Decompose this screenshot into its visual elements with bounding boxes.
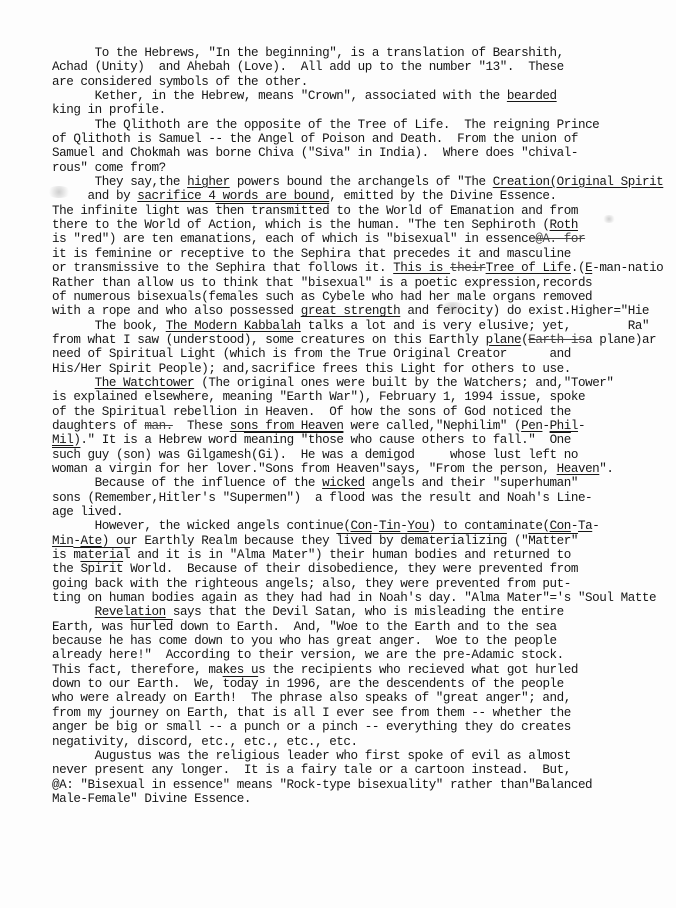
text-line: sons (Remember,Hitler's "Supermen") a fl… — [52, 491, 676, 505]
text-run: and it is in "Alma Mater") their human b… — [130, 548, 571, 562]
text-run: .( — [571, 261, 585, 275]
text-run: Rather than allow us to think that "bise… — [52, 276, 592, 290]
text-run: with a rope and who also possessed — [52, 304, 301, 318]
text-run: negativity, discord, etc., etc., etc., e… — [52, 735, 358, 749]
scribbled-text: Earth is — [528, 333, 585, 347]
underlined-text: Phil — [550, 419, 578, 433]
paragraph-first-line: Revelation says that the Devil Satan, wh… — [52, 605, 676, 619]
paragraph-first-line: Kether, in the Hebrew, means "Crown", as… — [52, 89, 676, 103]
text-run: in 1996, are the descendents of the peop… — [258, 677, 564, 691]
underlined-text: Min — [52, 534, 73, 548]
text-line: already here!" According to their versio… — [52, 648, 676, 662]
overlined-text: material — [73, 548, 130, 562]
text-run: because he has come down to you who has … — [52, 634, 557, 648]
text-line: Min-Ate) our Earthly Realm because they … — [52, 534, 676, 548]
scan-smudge — [602, 215, 616, 223]
text-run: is explained elsewhere, meaning "Earth W… — [52, 390, 585, 404]
text-run: @A: "Bisexual in essence" means "Rock-ty… — [52, 778, 592, 792]
text-line: Rather than allow us to think that "bise… — [52, 276, 676, 290]
text-run: guy (son) was Gilgamesh(Gi). He was a de… — [80, 448, 578, 462]
text-run: World. Because of their disobedience, th… — [123, 562, 578, 576]
paragraph-first-line: The Qlithoth are the opposite of the Tre… — [52, 118, 676, 132]
text-run: of the Spiritual rebellion in Heaven. Of… — [52, 405, 571, 419]
text-run: - — [592, 519, 599, 533]
underlined-text: The Modern Kabbalah — [166, 319, 301, 333]
text-line: anger be big or small -- a punch or a pi… — [52, 720, 676, 734]
text-line: rous" come from? — [52, 161, 676, 175]
text-run: king in profile. — [52, 103, 166, 117]
text-run: a plane)ar — [585, 333, 656, 347]
text-line: is material and it is in "Alma Mater") t… — [52, 548, 676, 562]
text-line: or transmissive to the Sephira that foll… — [52, 261, 676, 275]
underlined-text: plane — [486, 333, 522, 347]
paragraph-first-line: They say,the higher powers bound the arc… — [52, 175, 676, 189]
text-run: Samuel and Chokmah was borne Chiva ("Siv… — [52, 146, 578, 160]
text-line: from my journey on Earth, that is all I … — [52, 706, 676, 720]
underlined-text: Ta — [578, 519, 592, 533]
text-line: Male-Female" Divine Essence. — [52, 792, 676, 806]
text-line: are considered symbols of the other. — [52, 75, 676, 89]
text-run: who were already on Earth! The phrase al… — [52, 691, 571, 705]
underlined-text: Mil — [52, 433, 73, 447]
text-line: His/Her Spirit People); and,sacrifice fr… — [52, 362, 676, 376]
text-run: woman a virgin for her lover."Sons from … — [52, 462, 557, 476]
text-run: sons (Remember,Hitler's "Supermen") a fl… — [52, 491, 592, 505]
scan-smudge — [438, 302, 468, 314]
text-line: Achad (Unity) and Ahebah (Love). All add… — [52, 60, 676, 74]
text-run: age lived. — [52, 505, 123, 519]
paragraph-first-line: Augustus was the religious leader who fi… — [52, 749, 676, 763]
text-line: Earth, was hurled down to Earth. And, "W… — [52, 620, 676, 634]
text-line: age lived. — [52, 505, 676, 519]
text-line: ting on human bodies again as they had h… — [52, 591, 676, 605]
paragraph-first-line: Because of the influence of the wicked a… — [52, 476, 676, 490]
scribbled-text: man. — [144, 419, 172, 433]
text-run: Male-Female" Divine Essence. — [52, 792, 251, 806]
underlined-text: Heaven — [557, 462, 600, 476]
text-run: The Qlithoth are the opposite of the Tre… — [95, 118, 600, 132]
text-line: of Qlithoth is Samuel -- the Angel of Po… — [52, 132, 676, 146]
text-run: were called,"Nephilim" ( — [343, 419, 521, 433]
text-run: or transmissive to the Sephira that foll… — [52, 261, 393, 275]
underlined-text: sacrifice 4 words are bound — [137, 189, 329, 203]
text-run: to the World of Emanation and from — [329, 204, 578, 218]
overlined-text: such — [52, 448, 80, 462]
text-run: )." It is a Hebrew word — [73, 433, 244, 447]
text-run: from what I saw (understood), some creat… — [52, 333, 486, 347]
text-run: talks a lot and is very elusive; yet, Ra… — [301, 319, 649, 333]
text-run: - — [542, 419, 549, 433]
text-line: the Spirit World. Because of their disob… — [52, 562, 676, 576]
text-run: who cause others to fall." — [343, 433, 549, 447]
underlined-text: bearded — [507, 89, 557, 103]
text-run: (" — [507, 534, 528, 548]
text-line: Samuel and Chokmah was borne Chiva ("Siv… — [52, 146, 676, 160]
text-run: the — [52, 562, 80, 576]
text-run: - — [372, 519, 379, 533]
overlined-text: meaning "those — [244, 433, 344, 447]
text-run: Earth, was — [52, 620, 130, 634]
scanned-page: To the Hebrews, "In the beginning", is a… — [0, 0, 676, 908]
underlined-text: The Watchtower — [95, 376, 195, 390]
underlined-text: great strength — [301, 304, 401, 318]
overlined-text: lived by dematerializing — [336, 534, 507, 548]
text-run: (The original ones were built by the Wat… — [194, 376, 613, 390]
text-run: there to the World of Action, which is t… — [52, 218, 550, 232]
text-line: going back with the righteous angels; al… — [52, 577, 676, 591]
document-body: To the Hebrews, "In the beginning", is a… — [52, 46, 676, 806]
text-run: is — [52, 548, 73, 562]
text-run: ". — [599, 462, 613, 476]
scan-smudge — [46, 186, 72, 198]
text-run: However, the wicked angels continue( — [95, 519, 351, 533]
overlined-text: Matter" — [528, 534, 578, 548]
text-run: - — [571, 519, 578, 533]
text-run: says that the Devil Satan, who is mislea… — [166, 605, 564, 619]
text-line: down to our Earth. We, today in 1996, ar… — [52, 677, 676, 691]
text-run: never present any longer. It is a fairy … — [52, 763, 571, 777]
paragraph-indent — [52, 89, 95, 103]
text-run: The infinite light was — [52, 204, 215, 218]
underlined-text: You — [407, 519, 428, 533]
text-line: because he has come down to you who has … — [52, 634, 676, 648]
paragraph-indent — [52, 605, 95, 619]
paragraph-indent — [52, 376, 95, 390]
underlined-text: Ate — [80, 534, 101, 548]
overlined-text: hurled — [130, 620, 173, 634]
scribbled-text: their — [450, 261, 486, 275]
text-run: - — [578, 419, 585, 433]
text-line: never present any longer. It is a fairy … — [52, 763, 676, 777]
text-line: daughters of man. These sons from Heaven… — [52, 419, 676, 433]
overlined-text: then transmitted — [215, 204, 329, 218]
text-run: They say,the — [95, 175, 187, 189]
underlined-text: higher — [187, 175, 230, 189]
text-run: Achad (Unity) and Ahebah (Love). All add… — [52, 60, 564, 74]
overlined-text: One — [550, 433, 571, 447]
overlined-text: Spirit — [80, 562, 123, 576]
text-line: is explained elsewhere, meaning "Earth W… — [52, 390, 676, 404]
text-run: Because of the influence of the — [95, 476, 322, 490]
underlined-text: Tree of Life — [486, 261, 571, 275]
text-line: is "red") are ten emanations, each of wh… — [52, 232, 676, 246]
text-line: it is feminine or receptive to the Sephi… — [52, 247, 676, 261]
text-line: The infinite light was then transmitted … — [52, 204, 676, 218]
text-line: need of Spiritual Light (which is from t… — [52, 347, 676, 361]
text-run: The book, — [95, 319, 166, 333]
underlined-text: Pen — [521, 419, 542, 433]
text-run: going back with the righteous angels; al… — [52, 577, 571, 591]
paragraph-indent — [52, 749, 95, 763]
text-run: need of Spiritual Light (which is from t… — [52, 347, 571, 361]
text-run: are considered symbols of the other. — [52, 75, 308, 89]
text-line: This fact, therefore, makes us the recip… — [52, 663, 676, 677]
paragraph-indent — [52, 46, 95, 60]
paragraph-indent — [52, 476, 95, 490]
text-run: To the Hebrews, "In the beginning", is a… — [95, 46, 564, 60]
text-run: His/Her Spirit People); and,sacrifice fr… — [52, 362, 571, 376]
text-run: angels and their "superhuman" — [365, 476, 578, 490]
underlined-text: Tin — [379, 519, 400, 533]
text-line: from what I saw (understood), some creat… — [52, 333, 676, 347]
text-run: ting on human bodies again as they had h… — [52, 591, 656, 605]
text-run: from my journey on Earth, that is all I … — [52, 706, 571, 720]
underlined-text: Revelation — [95, 605, 166, 619]
paragraph-indent — [52, 519, 95, 533]
text-run: rous" come from? — [52, 161, 166, 175]
text-run: This fact, therefore, makes us the recip… — [52, 663, 578, 677]
text-line: king in profile. — [52, 103, 676, 117]
text-line: there to the World of Action, which is t… — [52, 218, 676, 232]
text-run: Augustus was the religious leader who fi… — [95, 749, 571, 763]
underlined-text: Con — [351, 519, 372, 533]
paragraph-indent — [52, 319, 95, 333]
text-line: such guy (son) was Gilgamesh(Gi). He was… — [52, 448, 676, 462]
text-line: of numerous bisexuals(females such as Cy… — [52, 290, 676, 304]
text-run: of Qlithoth is Samuel -- the Angel of Po… — [52, 132, 578, 146]
text-line: who were already on Earth! The phrase al… — [52, 691, 676, 705]
underlined-text: wicked — [322, 476, 365, 490]
text-run: down to Earth. And, "Woe to the Earth an… — [173, 620, 557, 634]
text-run: ) to contaminate( — [429, 519, 550, 533]
underlined-text: This is — [393, 261, 450, 275]
paragraph-first-line: However, the wicked angels continue(Con-… — [52, 519, 676, 533]
text-run: of numerous bisexuals(females such as Cy… — [52, 290, 592, 304]
overlined-text: today — [223, 677, 259, 691]
scribbled-text: @A. for — [535, 232, 585, 246]
underlined-text: Con — [550, 519, 571, 533]
paragraph-first-line: The book, The Modern Kabbalah talks a lo… — [52, 319, 676, 333]
paragraph-first-line: The Watchtower (The original ones were b… — [52, 376, 676, 390]
text-line: of the Spiritual rebellion in Heaven. Of… — [52, 405, 676, 419]
text-line: and by sacrifice 4 words are bound, emit… — [52, 189, 676, 203]
underlined-text: Roth — [550, 218, 578, 232]
text-line: woman a virgin for her lover."Sons from … — [52, 462, 676, 476]
text-run: daughters of — [52, 419, 144, 433]
paragraph-indent — [52, 118, 95, 132]
underlined-text: sons from Heaven — [230, 419, 344, 433]
text-run: is "red") are ten emanations, each of wh… — [52, 232, 535, 246]
text-run: -man-natio — [592, 261, 663, 275]
text-run: ) our Earthly Realm because they — [102, 534, 337, 548]
text-run: Kether, in the Hebrew, means "Crown", as… — [95, 89, 507, 103]
text-run: anger be big or small -- a punch or a pi… — [52, 720, 571, 734]
text-run: it is feminine or receptive to the Sephi… — [52, 247, 571, 261]
text-run: powers bound the archangels of "The — [230, 175, 493, 189]
text-run: down to our Earth. We, — [52, 677, 223, 691]
text-line: Mil)." It is a Hebrew word meaning "thos… — [52, 433, 676, 447]
text-run: already here!" According to their versio… — [52, 648, 564, 662]
text-run: , emitted by the Divine Essence. — [329, 189, 556, 203]
paragraph-first-line: To the Hebrews, "In the beginning", is a… — [52, 46, 676, 60]
text-line: with a rope and who also possessed great… — [52, 304, 676, 318]
text-line: negativity, discord, etc., etc., etc., e… — [52, 735, 676, 749]
text-line: @A: "Bisexual in essence" means "Rock-ty… — [52, 778, 676, 792]
underlined-text: Creation(Original Spirit — [493, 175, 664, 189]
text-run: These — [173, 419, 230, 433]
